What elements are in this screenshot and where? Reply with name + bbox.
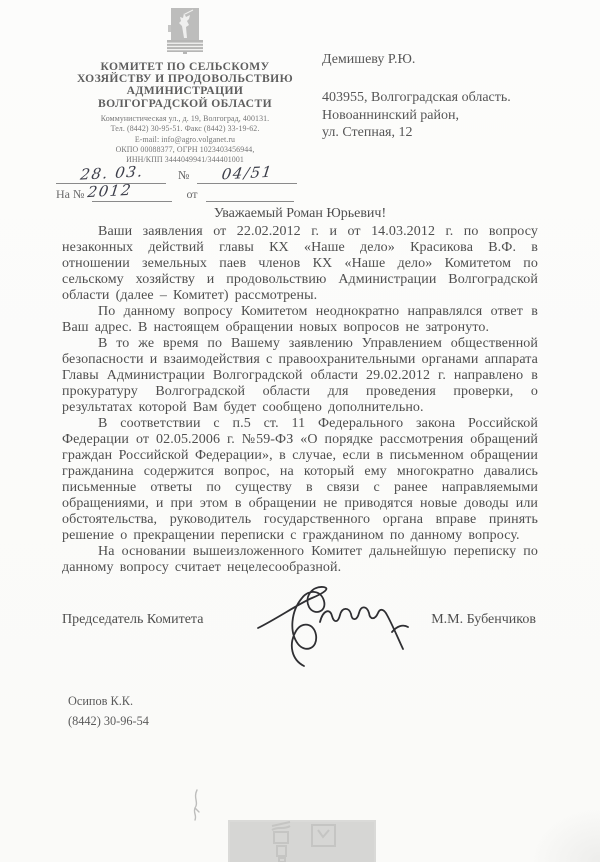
- body-paragraph: Ваши заявления от 22.02.2012 г. и от 14.…: [62, 224, 538, 304]
- addressee-name: Демишеву Р.Ю.: [322, 52, 511, 68]
- outgoing-number-handwritten: 04/51: [197, 164, 297, 184]
- page-showthrough-artifact: [228, 820, 376, 862]
- org-okpo-ogrn: ОКПО 00088377, ОГРН 1023403456944,: [55, 145, 315, 155]
- outgoing-date-handwritten: 28. 03. 2012: [56, 164, 166, 184]
- salutation: Уважаемый Роман Юрьевич!: [62, 206, 538, 222]
- outgoing-ref-row: 28. 03. 2012 № 04/51: [56, 164, 306, 184]
- incoming-date-blank: [206, 187, 294, 202]
- addressee-address-line: 403955, Волгоградская область.: [322, 89, 511, 107]
- number-sign: №: [178, 168, 189, 183]
- org-phone-fax: Тел. (8442) 30-95-51. Факс (8442) 33-19-…: [55, 124, 315, 134]
- scanned-letter-page: КОМИТЕТ ПО СЕЛЬСКОМУ ХОЗЯЙСТВУ И ПРОДОВО…: [0, 0, 600, 862]
- body-paragraph: По данному вопросу Комитетом неоднократн…: [62, 304, 538, 336]
- signature-scrawl-icon: [254, 582, 424, 670]
- executor-phone: (8442) 30-96-54: [68, 714, 149, 729]
- reference-block: 28. 03. 2012 № 04/51 На № от: [56, 164, 306, 202]
- body-paragraph: В соответствии с п.5 ст. 11 Федерального…: [62, 416, 538, 544]
- org-name-line: АДМИНИСТРАЦИИ: [55, 85, 315, 97]
- org-name: КОМИТЕТ ПО СЕЛЬСКОМУ ХОЗЯЙСТВУ И ПРОДОВО…: [55, 61, 315, 110]
- addressee-address-line: Новоаннинский район,: [322, 107, 511, 125]
- org-address: Коммунистическая ул., д. 19, Волгоград, …: [55, 114, 315, 124]
- volgograd-emblem-icon: [167, 8, 203, 54]
- addressee-block: Демишеву Р.Ю. 403955, Волгоградская обла…: [322, 52, 511, 142]
- body-paragraph: На основании вышеизложенного Комитет дал…: [62, 544, 538, 576]
- executor-name: Осипов К.К.: [68, 694, 149, 709]
- addressee-address-line: ул. Степная, 12: [322, 124, 511, 142]
- signer-name: М.М. Бубенчиков: [431, 612, 536, 628]
- org-name-line: ВОЛГОГРАДСКОЙ ОБЛАСТИ: [55, 98, 315, 110]
- scan-corner-shade: [530, 807, 600, 862]
- letterhead: КОМИТЕТ ПО СЕЛЬСКОМУ ХОЗЯЙСТВУ И ПРОДОВО…: [55, 8, 315, 166]
- letter-body: Уважаемый Роман Юрьевич! Ваши заявления …: [62, 206, 538, 576]
- ot-label: от: [186, 187, 197, 202]
- pen-scratch-artifact: [188, 788, 206, 824]
- org-contacts: Коммунистическая ул., д. 19, Волгоград, …: [55, 114, 315, 166]
- org-email: E-mail: info@agro.volganet.ru: [55, 135, 315, 145]
- body-paragraph: В то же время по Вашему заявлению Управл…: [62, 336, 538, 416]
- executor-block: Осипов К.К. (8442) 30-96-54: [68, 694, 149, 734]
- signer-position: Председатель Комитета: [62, 612, 203, 628]
